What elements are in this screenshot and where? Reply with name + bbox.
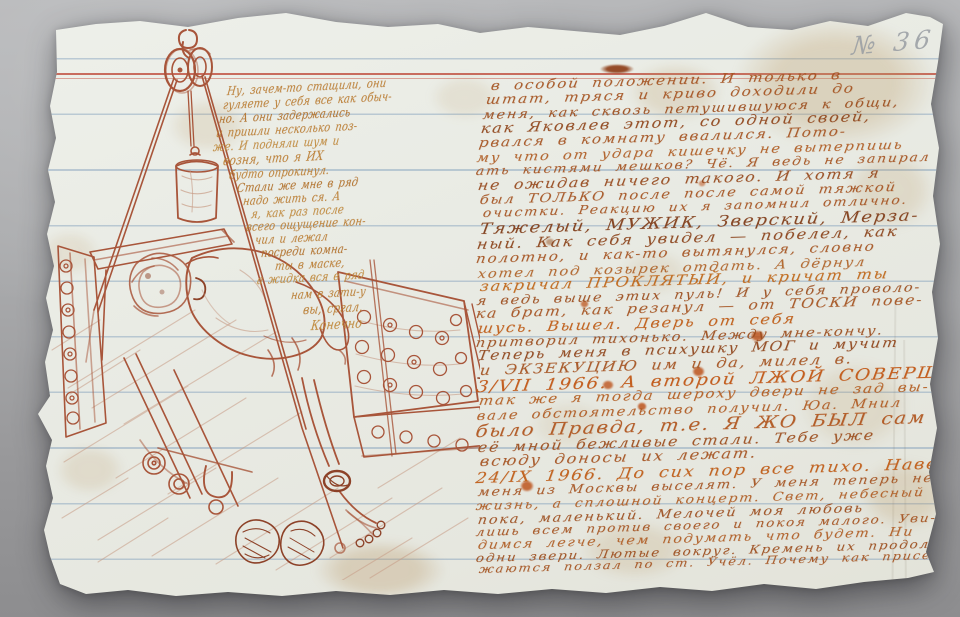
floor-plank-lines (52, 310, 468, 580)
notebook-page: Ну, зачем-то стащили, онигуляете у себя … (0, 0, 960, 617)
ink-blot (600, 64, 634, 74)
handwriting-line: Конечно (310, 315, 363, 334)
paper-sheet: Ну, зачем-то стащили, онигуляете у себя … (0, 0, 960, 617)
slippers (236, 520, 324, 565)
machine-top-plank (90, 229, 234, 269)
rope-left (86, 78, 177, 362)
photo-backdrop: Ну, зачем-то стащили, онигуляете у себя … (0, 0, 960, 617)
